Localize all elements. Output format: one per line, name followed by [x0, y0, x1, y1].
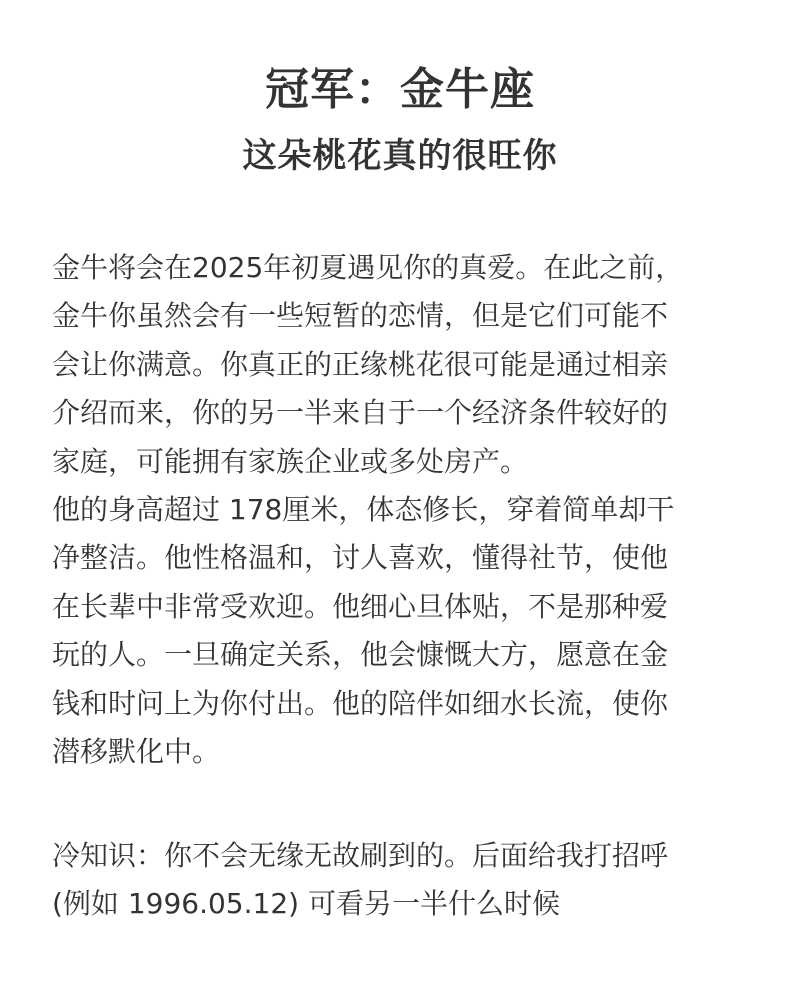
body-line: 他的身高超过 178厘米，体态修长，穿着简单却干: [52, 486, 752, 534]
body-line: 会让你满意。你真正的正缘桃花很可能是通过相亲: [52, 341, 752, 389]
body-line: 净整洁。他性格温和，讨人喜欢，懂得社节，使他: [52, 534, 752, 582]
body-line: 金牛将会在2025年初夏遇见你的真爱。在此之前，: [52, 244, 752, 292]
body-line: 家庭，可能拥有家族企业或多处房产。: [52, 438, 752, 486]
trivia-note: 冷知识：你不会无缘无故刷到的。后面给我打招呼 (例如 1996.05.12) 可…: [52, 832, 752, 929]
body-line: 钱和时问上为你付出。他的陪伴如细水长流，使你: [52, 680, 752, 728]
body-line: 潜移默化中。: [52, 728, 752, 776]
page-subtitle: 这朵桃花真的很旺你: [0, 132, 800, 180]
trivia-line: (例如 1996.05.12) 可看另一半什么时候: [52, 880, 752, 928]
body-line: 玩的人。一旦确定关系，他会慷慨大方，愿意在金: [52, 631, 752, 679]
body-line: 在长辈中非常受欢迎。他细心旦体贴，不是那种爱: [52, 583, 752, 631]
body-paragraph: 金牛将会在2025年初夏遇见你的真爱。在此之前， 金牛你虽然会有一些短暂的恋情，…: [52, 244, 752, 776]
body-line: 金牛你虽然会有一些短暂的恋情，但是它们可能不: [52, 292, 752, 340]
trivia-line: 冷知识：你不会无缘无故刷到的。后面给我打招呼: [52, 832, 752, 880]
page-title: 冠军：金牛座: [0, 62, 800, 118]
body-line: 介绍而来，你的另一半来自于一个经济条件较好的: [52, 389, 752, 437]
